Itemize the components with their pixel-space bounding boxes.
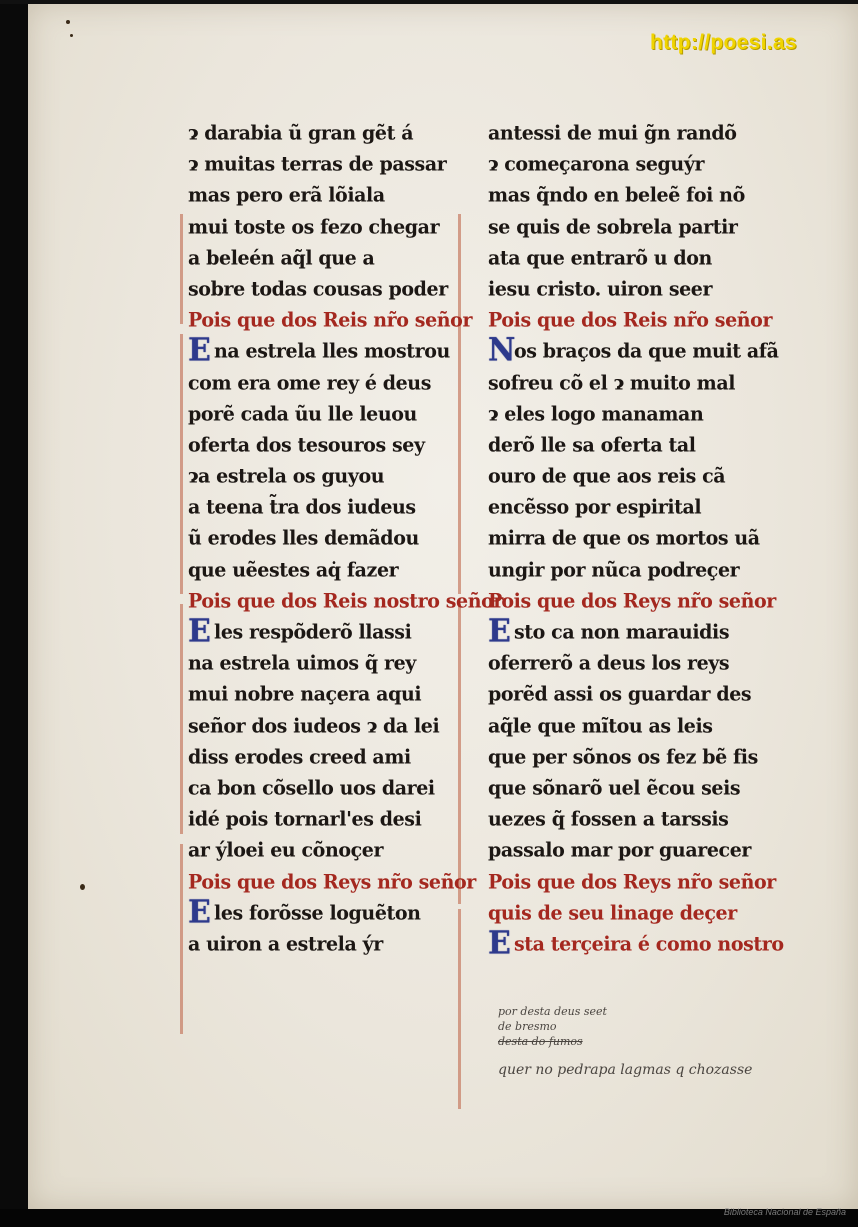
left-text-column: ɂ darabia ũ gran gẽt á ɂ muitas terras d…: [188, 118, 478, 960]
verse-line: ɂ começarona seguýr: [488, 148, 778, 181]
marginal-ornament-left-4: [180, 844, 183, 1034]
verse-line: sofreu cõ el ɂ muito mal: [488, 367, 778, 400]
verse-line: mas q̃ndo en beleẽ foi nõ: [488, 180, 778, 213]
illuminated-initial: E: [188, 617, 212, 646]
marginal-ornament-left-1: [180, 214, 183, 324]
illuminated-initial: E: [488, 617, 512, 646]
verse-line: oferta dos tesouros sey: [188, 429, 478, 462]
refrain-rubric: Pois que dos Reys nr̃o señor: [488, 866, 778, 899]
verse-line: ũ erodes lles demãdou: [188, 523, 478, 556]
marginal-ornament-left-2: [180, 334, 183, 594]
watermark-url: http://poesi.as: [650, 31, 797, 55]
verse-line: ɂa estrela os guyou: [188, 460, 478, 493]
marginal-ornament-left-3: [180, 604, 183, 834]
verse-line: uezes q̃ fossen a tarssis: [488, 803, 778, 836]
verse-line: idé pois tornarl'es desi: [188, 803, 478, 836]
verse-line: com era ome rey é deus: [188, 367, 478, 400]
verse-line: que per sõnos os fez bẽ fis: [488, 741, 778, 774]
refrain-rubric: Pois que dos Reys nr̃o señor: [488, 585, 778, 618]
verse-line: ɂ darabia ũ gran gẽt á: [188, 117, 478, 150]
verse-text: sta terçeira é como nostro: [514, 932, 784, 955]
illuminated-initial: E: [188, 337, 212, 366]
verse-line: que uẽestes aq̇ fazer: [188, 554, 478, 587]
marginal-note: quer no pedrapa lagmas q chozasse: [498, 1055, 778, 1085]
stanza-opening: Esto ca non marauidis: [488, 616, 778, 649]
verse-text: les forõsse loguẽton: [214, 901, 421, 924]
verse-text: na estrela lles mostrou: [214, 340, 450, 363]
library-credit: Biblioteca Nacional de España: [724, 1207, 846, 1217]
verse-line: ɂ eles logo manaman: [488, 398, 778, 431]
verse-line: encẽsso por espirital: [488, 491, 778, 524]
verse-text: les respõderõ llassi: [214, 620, 411, 643]
verse-line: sobre todas cousas poder: [188, 273, 478, 306]
stanza-opening: Eles respõderõ llassi: [188, 616, 478, 649]
verse-line: señor dos iudeos ɂ da lei: [188, 710, 478, 743]
verse-line: mui nobre naçera aqui: [188, 679, 478, 712]
marginal-note-struck: desta do fumos: [498, 1034, 778, 1049]
stanza-opening: Ena estrela lles mostrou: [188, 336, 478, 369]
verse-line: derõ lle sa oferta tal: [488, 429, 778, 462]
illuminated-initial: E: [488, 929, 512, 958]
illuminated-initial: N: [488, 337, 512, 366]
verse-line: ca bon cõsello uos darei: [188, 772, 478, 805]
verse-line: antessi de mui g̃n randõ: [488, 117, 778, 150]
ink-stain: [70, 34, 73, 37]
verse-line: diss erodes creed ami: [188, 741, 478, 774]
verse-line: a teena t̃ra dos iudeus: [188, 491, 478, 524]
verse-line: mas pero erã lõiala: [188, 180, 478, 213]
verse-text: os braços da que muit afã: [514, 340, 778, 363]
verse-line: iesu cristo. uiron seer: [488, 273, 778, 306]
verse-line: porẽ cada ũu lle leuou: [188, 398, 478, 431]
stanza-opening: Esta terçeira é como nostro: [488, 928, 778, 961]
verse-line: oferrerõ a deus los reys: [488, 647, 778, 680]
refrain-rubric: Pois que dos Reys nr̃o señor: [188, 866, 478, 899]
marginal-notes: por desta deus seet de bresmo desta do f…: [498, 1004, 778, 1085]
verse-line: ouro de que aos reis cã: [488, 460, 778, 493]
refrain-rubric: Pois que dos Reis nr̃o señor: [488, 304, 778, 337]
marginal-note: por desta deus seet: [498, 1004, 778, 1019]
verse-line: a uiron a estrela ýr: [188, 928, 478, 961]
verse-line: ungir por nũca podreçer: [488, 554, 778, 587]
ink-stain: [80, 884, 85, 890]
marginal-note: de bresmo: [498, 1019, 778, 1034]
verse-line: que sõnarõ uel ẽcou seis: [488, 772, 778, 805]
verse-line: porẽd assi os guardar des: [488, 679, 778, 712]
verse-text: sto ca non marauidis: [514, 620, 729, 643]
illuminated-initial: E: [188, 898, 212, 927]
verse-line: aq̃le que mĩtou as leis: [488, 710, 778, 743]
refrain-rubric: Pois que dos Reis nostro señor: [188, 585, 478, 618]
verse-line: mirra de que os mortos uã: [488, 523, 778, 556]
verse-line: ar ýloei eu cõnoçer: [188, 835, 478, 868]
verse-line: passalo mar por guarecer: [488, 835, 778, 868]
refrain-rubric: Pois que dos Reis nr̃o señor: [188, 304, 478, 337]
verse-line: na estrela uimos q̃ rey: [188, 647, 478, 680]
stanza-opening: Nos braços da que muit afã: [488, 336, 778, 369]
refrain-rubric: quis de seu linage deçer: [488, 897, 778, 930]
verse-line: ɂ muitas terras de passar: [188, 148, 478, 181]
verse-line: se quis de sobrela partir: [488, 211, 778, 244]
ink-stain: [66, 20, 70, 24]
verse-line: mui toste os fezo chegar: [188, 211, 478, 244]
verse-line: ata que entrarõ u don: [488, 242, 778, 275]
right-text-column: antessi de mui g̃n randõ ɂ começarona se…: [488, 118, 778, 960]
verse-line: a beleén aq̃l que a: [188, 242, 478, 275]
stanza-opening: Eles forõsse loguẽton: [188, 897, 478, 930]
